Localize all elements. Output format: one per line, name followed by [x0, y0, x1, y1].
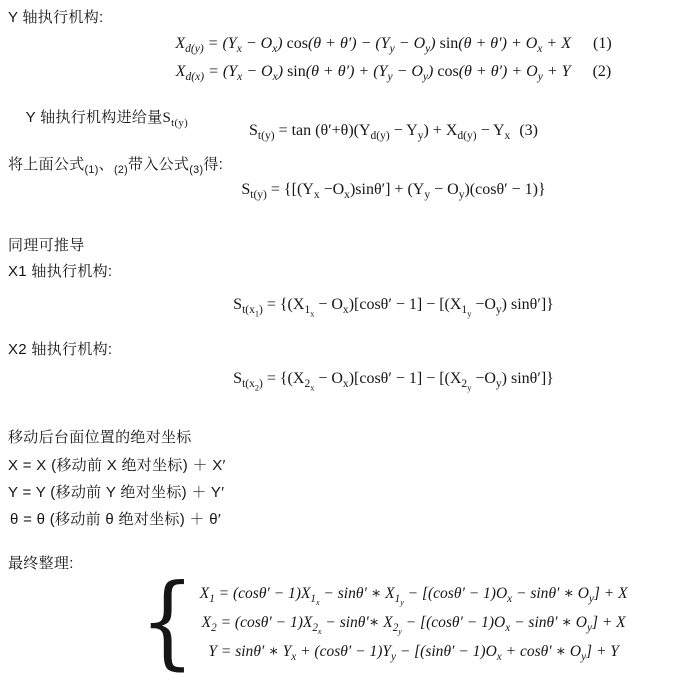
final-equation-system: { X1 = (cosθ′ − 1)X1x − sinθ′ ∗ X1y − [(…	[140, 578, 628, 666]
substitute-note: 将上面公式(1)、(2)带入公式(3)得:	[8, 155, 223, 175]
absolute-coords-y-line: Y = Y (移动前 Y 绝对坐标) ＋ Y′	[8, 483, 224, 503]
system-line-x2: X2 = (cosθ′ − 1)X2x − sinθ′∗ X2y − [(cos…	[200, 608, 628, 637]
equation-group-1-2: Xd(y) = (Yx − Ox) cos(θ + θ′) − (Yy − Oy…	[118, 30, 669, 86]
equation-3-body: St(y) = tan (θ′+θ)(Yd(y) − Yy) + Xd(y) −…	[249, 122, 510, 139]
final-heading: 最终整理:	[8, 554, 74, 574]
equation-3-number: (3)	[519, 122, 538, 139]
x1-axis-heading: X1 轴执行机构:	[8, 262, 112, 282]
equation-2-number: (2)	[593, 63, 612, 80]
y-axis-heading: Y 轴执行机构:	[8, 8, 103, 28]
equation-1-number: (1)	[593, 35, 612, 52]
absolute-coords-heading: 移动后台面位置的绝对坐标	[8, 428, 192, 448]
equation-6: St(x2) = {(X2x − Ox)[cosθ′ − 1] − [(X2y …	[118, 370, 669, 388]
equation-3: St(y) = tan (θ′+θ)(Yd(y) − Yy) + Xd(y) −…	[118, 122, 669, 140]
equation-5-body: St(x1) = {(X1x − Ox)[cosθ′ − 1] − [(X1y …	[233, 296, 554, 313]
equation-4: St(y) = {[(Yx −Ox)sinθ′] + (Yy − Oy)(cos…	[118, 181, 669, 199]
document-page: Y 轴执行机构: Xd(y) = (Yx − Ox) cos(θ + θ′) −…	[0, 0, 677, 682]
equation-2-body: Xd(x) = (Yx − Ox) sin(θ + θ′) + (Yy − Oy…	[176, 63, 571, 80]
system-left-brace: {	[140, 570, 195, 674]
equation-2: Xd(x) = (Yx − Ox) sin(θ + θ′) + (Yy − Oy…	[118, 58, 669, 86]
system-lines: X1 = (cosθ′ − 1)X1x − sinθ′ ∗ X1y − [(co…	[200, 579, 628, 666]
equation-1: Xd(y) = (Yx − Ox) cos(θ + θ′) − (Yy − Oy…	[118, 30, 669, 58]
absolute-coords-theta-line: θ = θ (移动前 θ 绝对坐标) ＋ θ′	[10, 510, 221, 530]
similar-note: 同理可推导	[8, 236, 85, 256]
x2-axis-heading: X2 轴执行机构:	[8, 340, 112, 360]
equation-1-body: Xd(y) = (Yx − Ox) cos(θ + θ′) − (Yy − Oy…	[175, 35, 571, 52]
absolute-coords-x-line: X = X (移动前 X 绝对坐标) ＋ X′	[8, 456, 226, 476]
system-line-x1: X1 = (cosθ′ − 1)X1x − sinθ′ ∗ X1y − [(co…	[200, 579, 628, 608]
equation-5: St(x1) = {(X1x − Ox)[cosθ′ − 1] − [(X1y …	[118, 296, 669, 314]
system-line-y: Y = sinθ′ ∗ Yx + (cosθ′ − 1)Yy − [(sinθ′…	[200, 637, 628, 666]
equation-4-body: St(y) = {[(Yx −Ox)sinθ′] + (Yy − Oy)(cos…	[241, 181, 545, 198]
equation-6-body: St(x2) = {(X2x − Ox)[cosθ′ − 1] − [(X2y …	[233, 370, 554, 387]
